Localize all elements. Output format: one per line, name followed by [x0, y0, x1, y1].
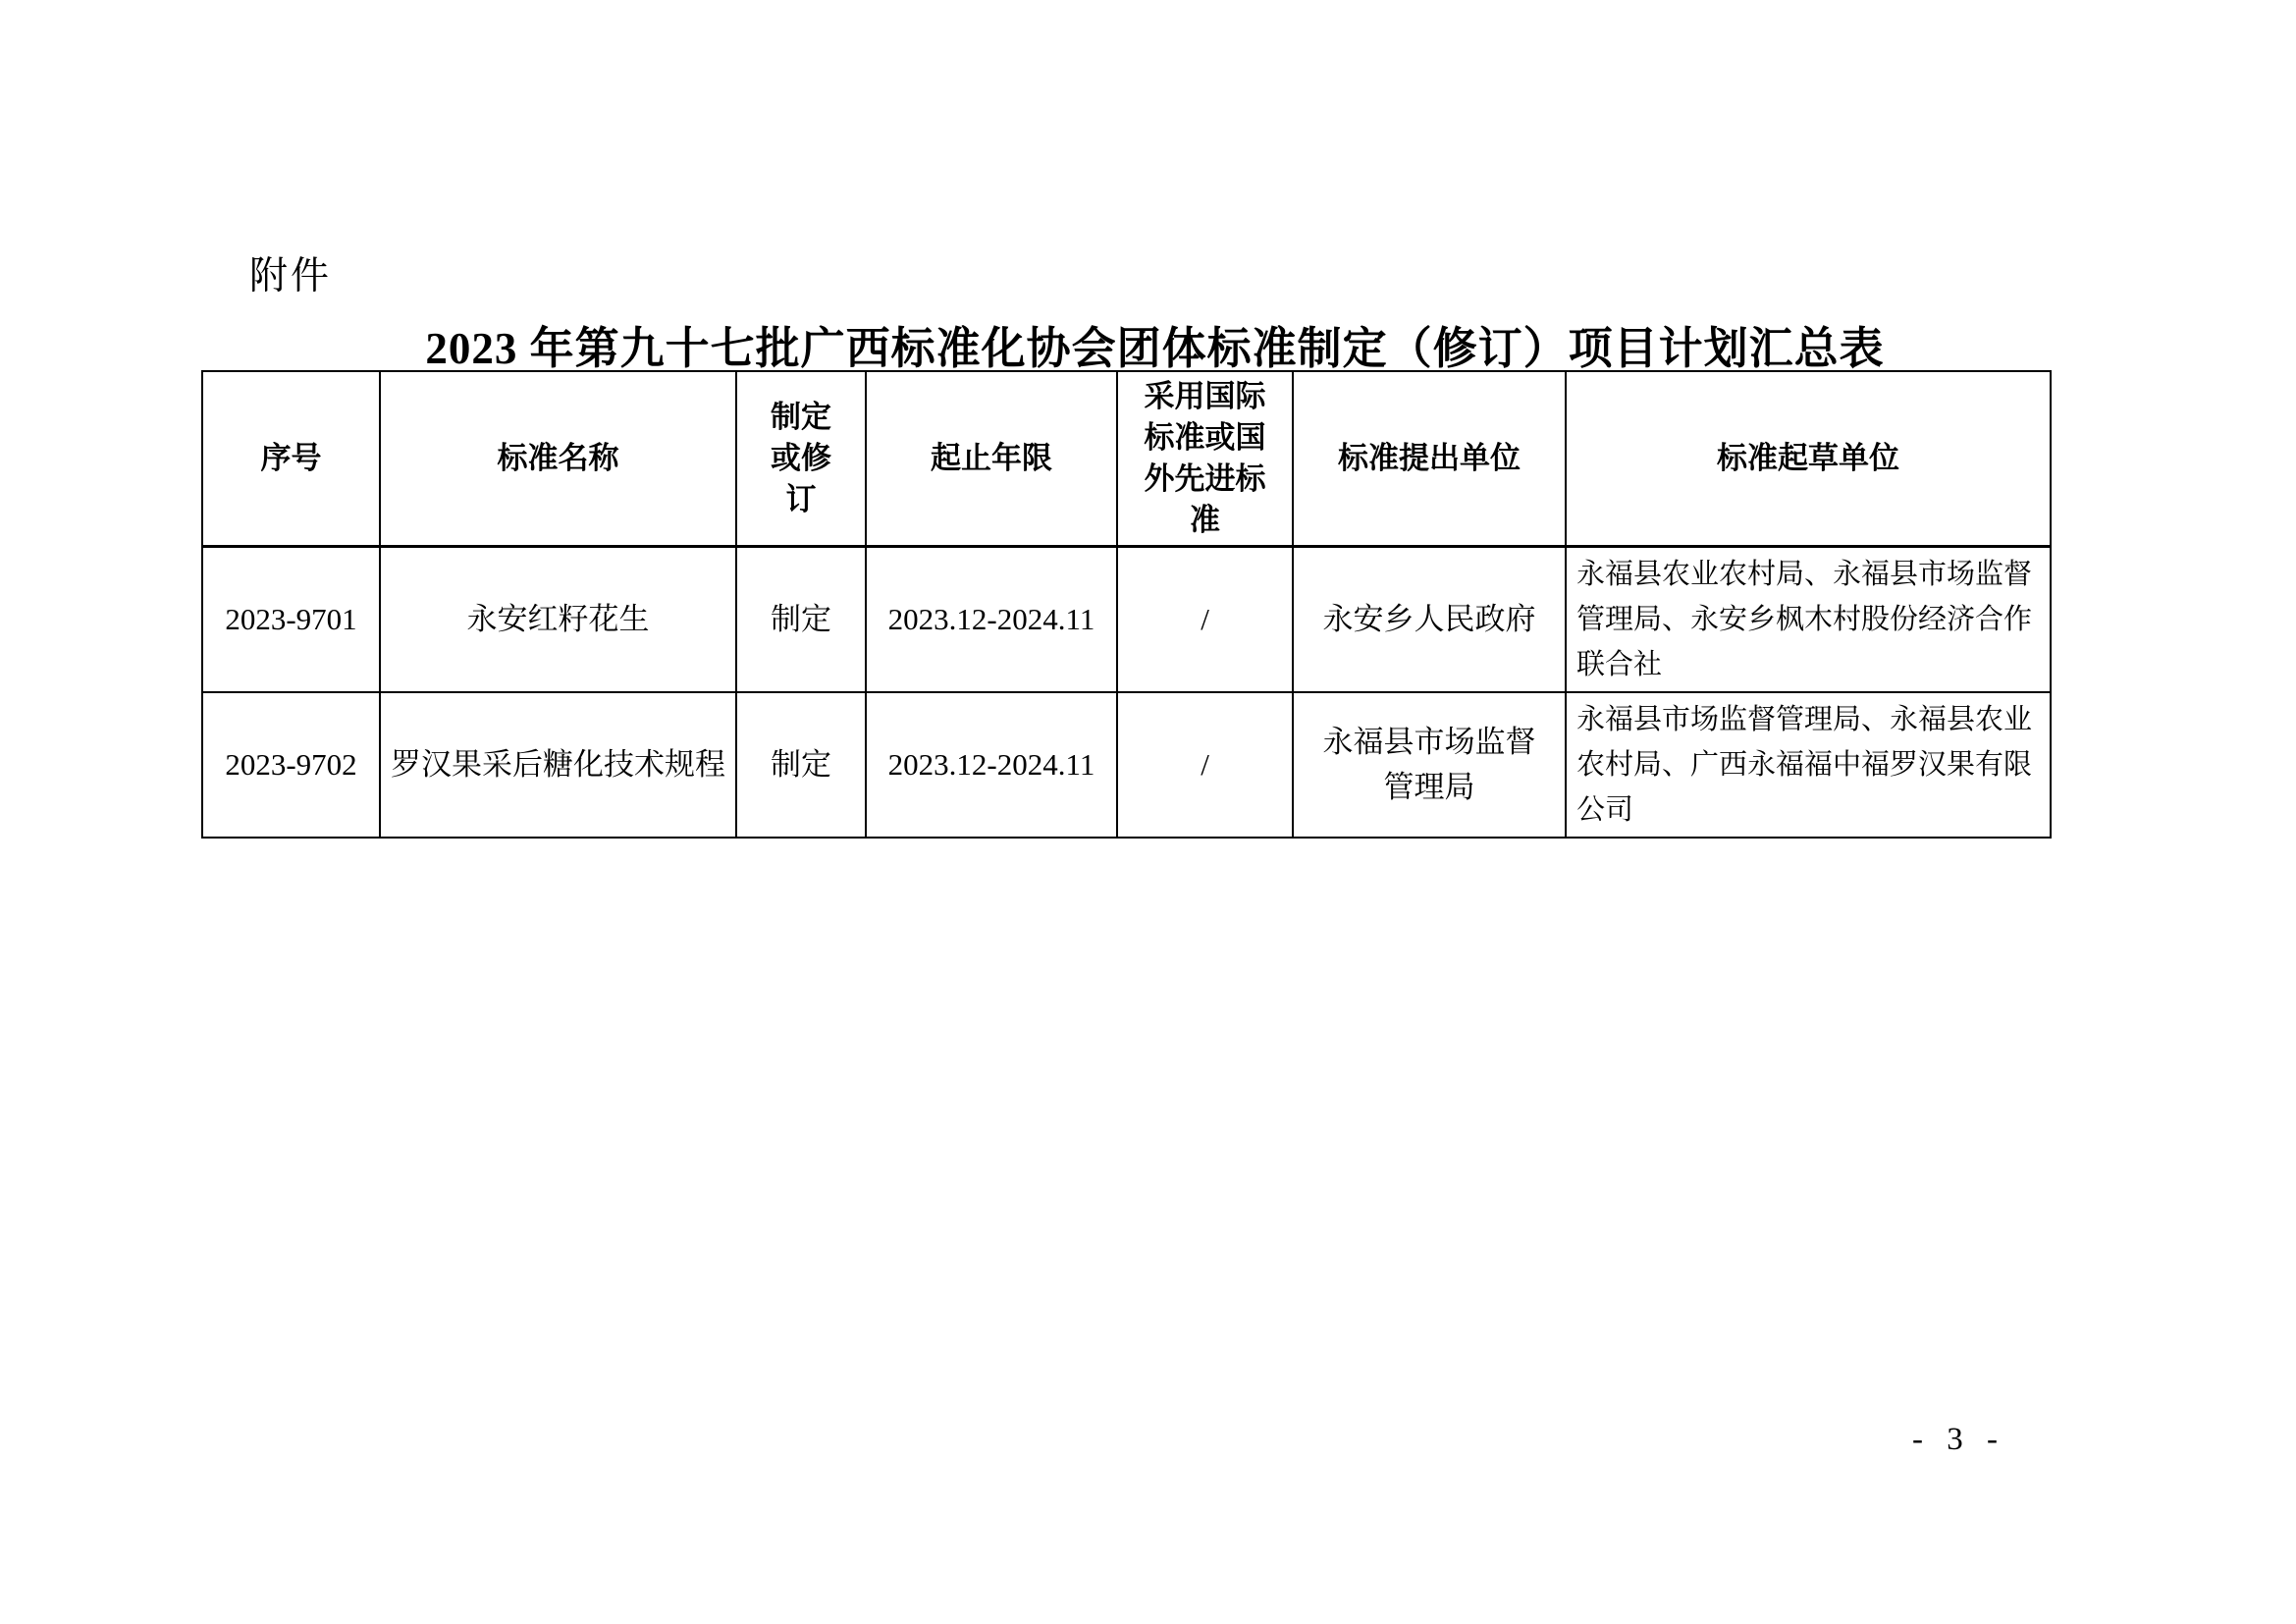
cell-period: 2023.12-2024.11 — [866, 547, 1117, 693]
cell-seq: 2023-9701 — [202, 547, 380, 693]
cell-drafting-unit: 永福县农业农村局、永福县市场监督 管理局、永安乡枫木村股份经济合作 联合社 — [1566, 547, 2051, 693]
col-header-seq: 序号 — [202, 371, 380, 547]
col-header-period: 起止年限 — [866, 371, 1117, 547]
table-row: 2023-9701 永安红籽花生 制定 2023.12-2024.11 / 永安… — [202, 547, 2051, 693]
cell-proposing-unit: 永福县市场监督 管理局 — [1293, 692, 1566, 838]
col-header-proposing-unit: 标准提出单位 — [1293, 371, 1566, 547]
cell-international-standard: / — [1117, 547, 1293, 693]
table-header-row: 序号 标准名称 制定 或修 订 起止年限 采用国际 标准或国 外先进标 准 标准… — [202, 371, 2051, 547]
standards-plan-table: 序号 标准名称 制定 或修 订 起止年限 采用国际 标准或国 外先进标 准 标准… — [201, 370, 2052, 839]
cell-standard-name: 永安红籽花生 — [380, 547, 736, 693]
attachment-label: 附件 — [249, 245, 332, 300]
cell-seq: 2023-9702 — [202, 692, 380, 838]
cell-period: 2023.12-2024.11 — [866, 692, 1117, 838]
table-row: 2023-9702 罗汉果采后糖化技术规程 制定 2023.12-2024.11… — [202, 692, 2051, 838]
cell-formulate-or-revise: 制定 — [736, 547, 866, 693]
col-header-standard-name: 标准名称 — [380, 371, 736, 547]
cell-standard-name: 罗汉果采后糖化技术规程 — [380, 692, 736, 838]
document-page: 附件 2023 年第九十七批广西标准化协会团体标准制定（修订）项目计划汇总表 序… — [0, 0, 2296, 1624]
cell-formulate-or-revise: 制定 — [736, 692, 866, 838]
cell-drafting-unit: 永福县市场监督管理局、永福县农业 农村局、广西永福福中福罗汉果有限 公司 — [1566, 692, 2051, 838]
cell-international-standard: / — [1117, 692, 1293, 838]
page-number: - 3 - — [1912, 1422, 1998, 1458]
col-header-international-standard: 采用国际 标准或国 外先进标 准 — [1117, 371, 1293, 547]
page-title: 2023 年第九十七批广西标准化协会团体标准制定（修订）项目计划汇总表 — [231, 312, 2079, 376]
cell-proposing-unit: 永安乡人民政府 — [1293, 547, 1566, 693]
col-header-formulate-or-revise: 制定 或修 订 — [736, 371, 866, 547]
col-header-drafting-unit: 标准起草单位 — [1566, 371, 2051, 547]
